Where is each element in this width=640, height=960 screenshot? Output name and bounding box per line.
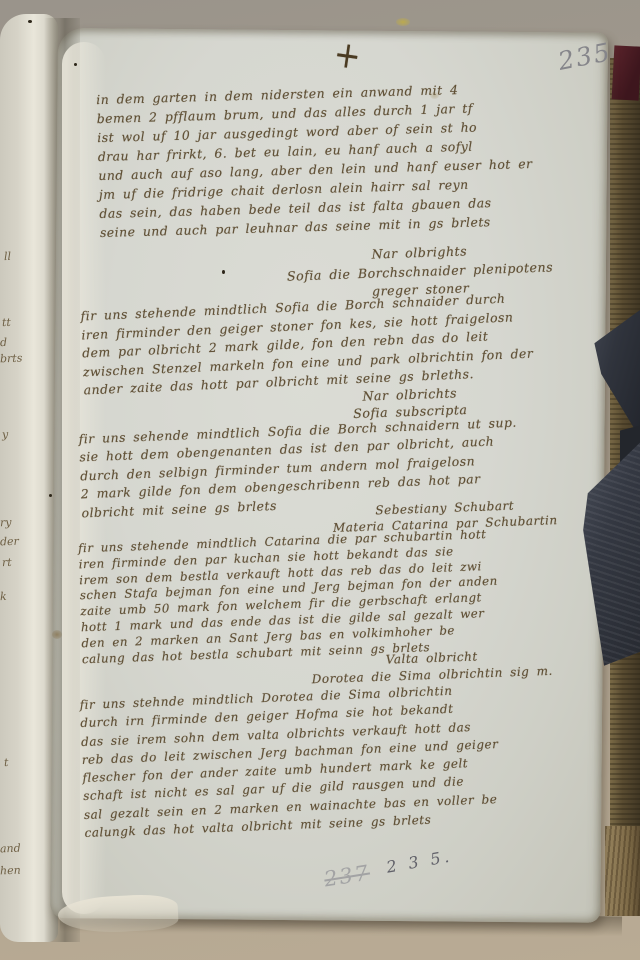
paragraph-4: fir uns stehende mindtlich Catarina die … xyxy=(78,527,500,668)
marginal-fragment: hen xyxy=(0,864,21,878)
manuscript-photo: + 235 237 2 3 5. in dem garten in dem ni… xyxy=(0,0,640,960)
marginal-fragment: brts xyxy=(0,352,23,366)
speck xyxy=(49,494,52,497)
stain xyxy=(52,630,62,639)
marginal-fragment: y xyxy=(2,428,9,441)
marginal-fragment: t xyxy=(4,756,9,769)
marginal-fragment: ll xyxy=(4,250,11,263)
marginal-fragment: ry xyxy=(0,516,12,529)
marginal-fragment: k xyxy=(0,590,7,603)
marginal-fragment: and xyxy=(0,842,21,856)
stain xyxy=(396,18,410,26)
paragraph-1: in dem garten in dem nidersten ein anwan… xyxy=(96,78,534,242)
marginal-fragment: der xyxy=(0,535,19,549)
book-tail-edge xyxy=(605,826,640,916)
speck xyxy=(74,63,77,66)
marginal-fragment: tt xyxy=(2,316,11,329)
paragraph-5: fir uns stehnde mindtlich Dorotea die Si… xyxy=(79,680,501,842)
book-cover-corner xyxy=(612,45,640,100)
speck xyxy=(28,20,32,23)
speck xyxy=(222,270,225,274)
marginal-fragment: d xyxy=(0,336,7,349)
marginal-fragment: rt xyxy=(2,556,12,569)
